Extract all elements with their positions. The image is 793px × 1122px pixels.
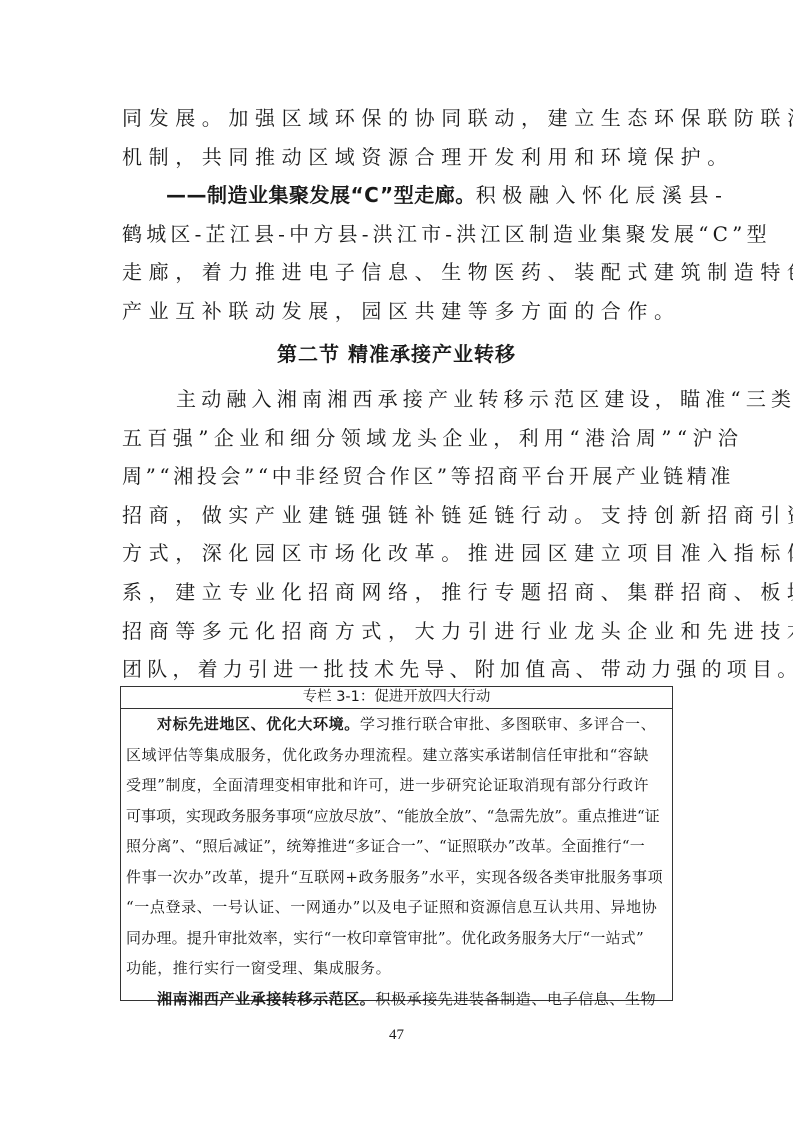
text-line: 周”“湘投会”“中非经贸合作区”等招商平台开展产业链精准 xyxy=(122,457,672,496)
text-line: ——制造业集聚发展“C”型走廊。积极融入怀化辰溪县- xyxy=(122,176,672,215)
box-line: 功能，推行实行一窗受理、集成服务。 xyxy=(126,953,672,984)
section-title: 第二节 精准承接产业转移 xyxy=(0,338,793,367)
text-line: 方式，深化园区市场化改革。推进园区建立项目准入指标体 xyxy=(122,534,672,573)
paragraph-industry-transfer: 主动融入湘南湘西承接产业转移示范区建设，瞄准“三类 五百强”企业和细分领域龙头企… xyxy=(122,380,672,689)
box-line: 照分离”、“照后减证”，统筹推进“多证合一”、“证照联办”改革。全面推行“一 xyxy=(126,831,672,862)
text-line: 主动融入湘南湘西承接产业转移示范区建设，瞄准“三类 xyxy=(122,380,672,419)
box-header: 专栏 3-1：促进开放四大行动 xyxy=(121,687,672,709)
box-body: 对标先进地区、优化大环境。学习推行联合审批、多图联审、多评合一、 区域评估等集成… xyxy=(121,709,672,1014)
text-line: 鹤城区-芷江县-中方县-洪江市-洪江区制造业集聚发展“C”型 xyxy=(122,215,672,254)
text-line: 招商等多元化招商方式，大力引进行业龙头企业和先进技术 xyxy=(122,612,672,651)
feature-box: 专栏 3-1：促进开放四大行动 对标先进地区、优化大环境。学习推行联合审批、多图… xyxy=(120,686,673,1001)
box-line: 件事一次办”改革，提升“互联网+政务服务”水平，实现各级各类审批服务事项 xyxy=(126,862,672,893)
text-line: 产业互补联动发展，园区共建等多方面的合作。 xyxy=(122,292,672,331)
box-item-heading: 对标先进地区、优化大环境。 xyxy=(157,715,360,733)
document-page: 同发展。加强区域环保的协同联动，建立生态环保联防联治 机制，共同推动区域资源合理… xyxy=(0,0,793,1122)
corridor-heading: ——制造业集聚发展“C”型走廊。 xyxy=(166,183,476,207)
box-item-text: 学习推行联合审批、多图联审、多评合一、 xyxy=(360,715,656,733)
text-line: 团队，着力引进一批技术先导、附加值高、带动力强的项目。 xyxy=(122,650,672,689)
text-line: 机制，共同推动区域资源合理开发利用和环境保护。 xyxy=(122,138,672,177)
box-line: “一点登录、一号认证、一网通办”以及电子证照和资源信息互认共用、异地协 xyxy=(126,892,672,923)
box-item-heading: 湘南湘西产业承接转移示范区。 xyxy=(157,990,375,1008)
text-line: 系，建立专业化招商网络，推行专题招商、集群招商、板块 xyxy=(122,573,672,612)
box-line: 区域评估等集成服务，优化政务办理流程。建立落实承诺制信任审批和“容缺 xyxy=(126,740,672,771)
paragraph-ecology: 同发展。加强区域环保的协同联动，建立生态环保联防联治 机制，共同推动区域资源合理… xyxy=(122,99,672,176)
text-line: 走廊，着力推进电子信息、生物医药、装配式建筑制造特色 xyxy=(122,253,672,292)
box-line: 同办理。提升审批效率，实行“一枚印章管审批”。优化政务服务大厅“一站式” xyxy=(126,923,672,954)
text-line: 招商，做实产业建链强链补链延链行动。支持创新招商引资 xyxy=(122,496,672,535)
box-line: 对标先进地区、优化大环境。学习推行联合审批、多图联审、多评合一、 xyxy=(126,709,672,740)
box-line: 湘南湘西产业承接转移示范区。积极承接先进装备制造、电子信息、生物 xyxy=(126,984,672,1015)
page-number: 47 xyxy=(0,1027,793,1044)
corridor-intro: 积极融入怀化辰溪县- xyxy=(476,183,729,207)
box-line: 可事项，实现政务服务事项“应放尽放”、“能放全放”、“急需先放”。重点推进“证 xyxy=(126,801,672,832)
text-line: 同发展。加强区域环保的协同联动，建立生态环保联防联治 xyxy=(122,99,672,138)
box-item-text: 积极承接先进装备制造、电子信息、生物 xyxy=(375,990,656,1008)
text-line: 五百强”企业和细分领域龙头企业，利用“港洽周”“沪洽 xyxy=(122,419,672,458)
paragraph-c-corridor: ——制造业集聚发展“C”型走廊。积极融入怀化辰溪县- 鹤城区-芷江县-中方县-洪… xyxy=(122,176,672,330)
box-line: 受理”制度，全面清理变相审批和许可，进一步研究论证取消现有部分行政许 xyxy=(126,770,672,801)
